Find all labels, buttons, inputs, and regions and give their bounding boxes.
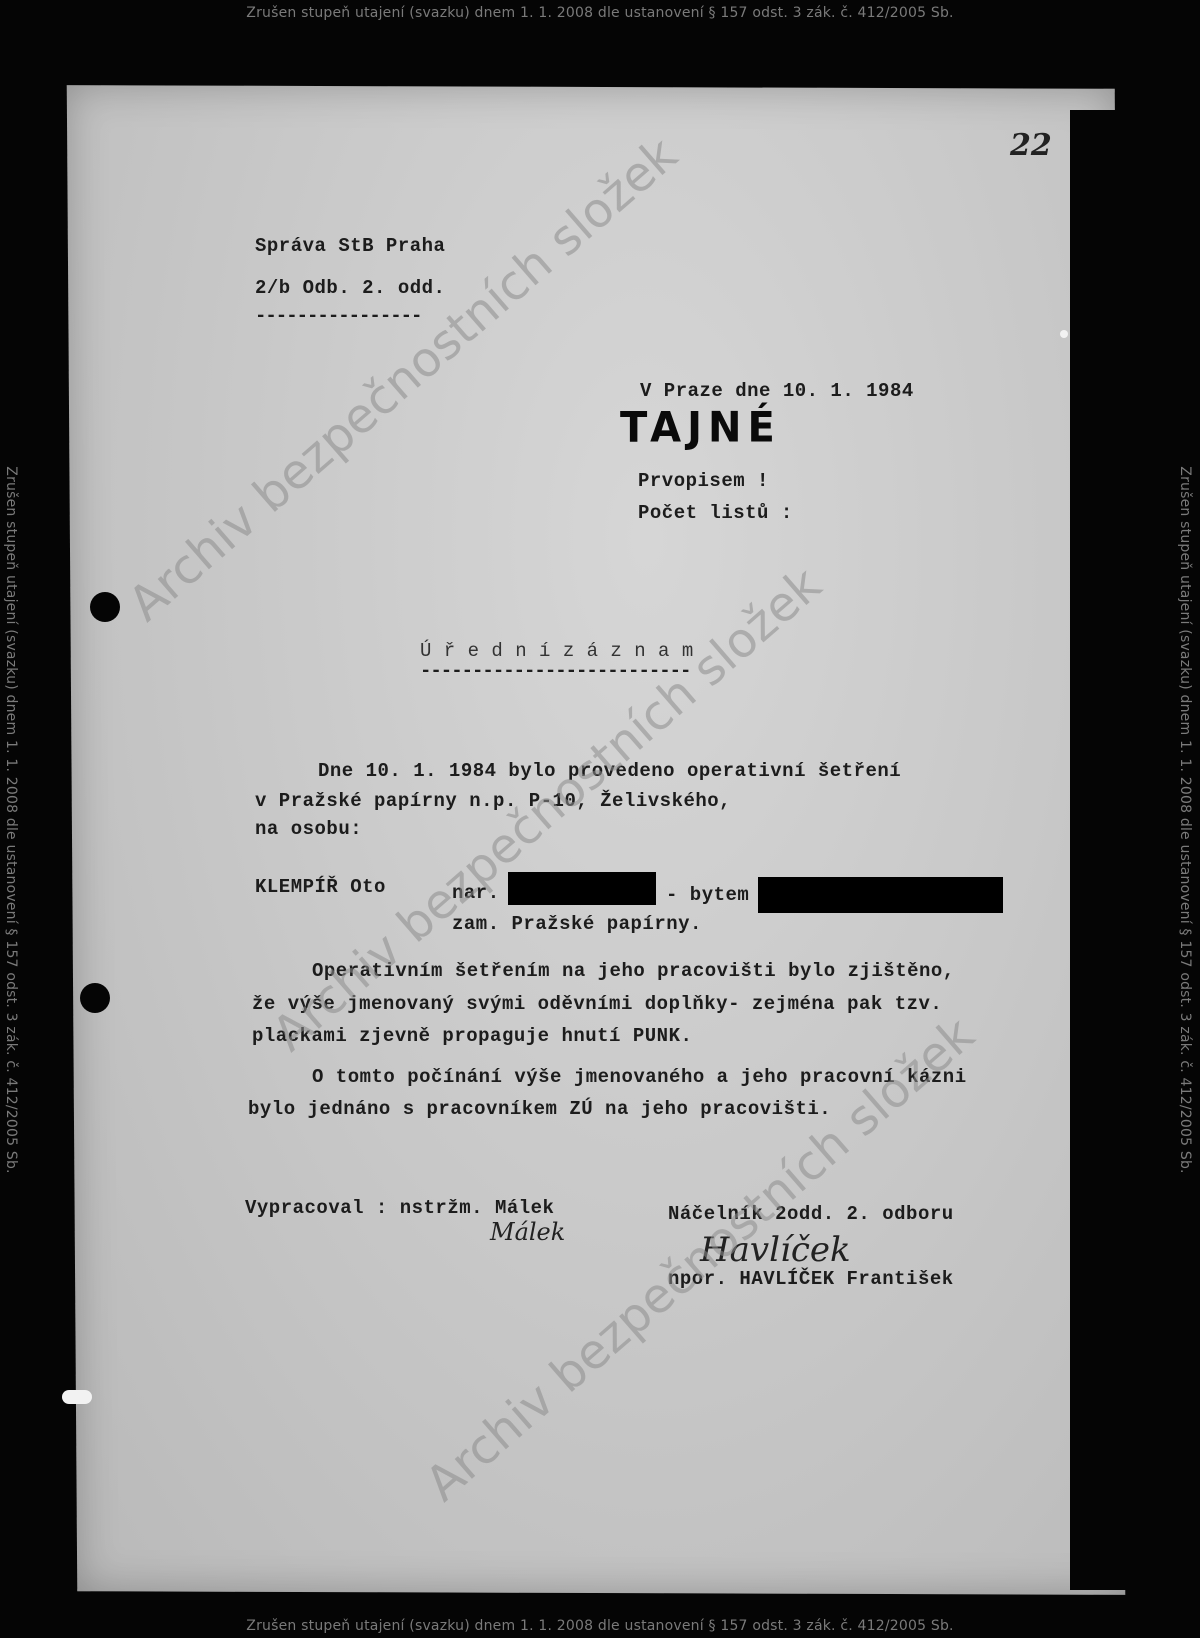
employment: zam. Pražské papírny. bbox=[452, 913, 702, 935]
sheet-count-label: Počet listů : bbox=[638, 502, 793, 524]
title-rule: -------------------------- bbox=[420, 660, 690, 682]
dust-speck bbox=[62, 1390, 92, 1404]
page-number-handwritten: 22 bbox=[1010, 128, 1052, 163]
redacted-address bbox=[758, 877, 1003, 913]
paragraph-2-line-2: bylo jednáno s pracovníkem ZÚ na jeho pr… bbox=[248, 1098, 831, 1120]
prepared-by-signature: Málek bbox=[490, 1218, 565, 1246]
place-date: V Praze dne 10. 1. 1984 bbox=[640, 380, 914, 402]
header-section: 2/b Odb. 2. odd. bbox=[255, 277, 445, 299]
punch-hole-bottom bbox=[80, 983, 110, 1013]
scan-border bbox=[1070, 110, 1130, 1590]
intro-line-2: v Pražské papírny n.p. P-10, Želivského, bbox=[255, 790, 731, 812]
classification-stamp: TAJNÉ bbox=[620, 404, 781, 452]
header-rule: ---------------- bbox=[255, 305, 421, 327]
header-department: Správa StB Praha bbox=[255, 235, 445, 257]
intro-line-3: na osobu: bbox=[255, 818, 362, 840]
prepared-by: Vypracoval : nstržm. Málek bbox=[245, 1197, 554, 1219]
redacted-birthdate bbox=[508, 872, 656, 905]
document-title: Ú ř e d n í z á z n a m bbox=[420, 640, 694, 662]
person-name: KLEMPÍŘ Oto bbox=[255, 876, 386, 898]
punch-hole-top bbox=[90, 592, 120, 622]
declassification-note-right: Zrušen stupeň utajení (svazku) dnem 1. 1… bbox=[1177, 410, 1193, 1230]
dust-speck bbox=[1060, 330, 1068, 338]
declassification-note-top: Zrušen stupeň utajení (svazku) dnem 1. 1… bbox=[0, 5, 1200, 21]
declassification-note-bottom: Zrušen stupeň utajení (svazku) dnem 1. 1… bbox=[0, 1618, 1200, 1634]
residence-label: - bytem bbox=[666, 884, 749, 906]
copy-note: Prvopisem ! bbox=[638, 470, 769, 492]
declassification-note-left: Zrušen stupeň utajení (svazku) dnem 1. 1… bbox=[3, 410, 19, 1230]
